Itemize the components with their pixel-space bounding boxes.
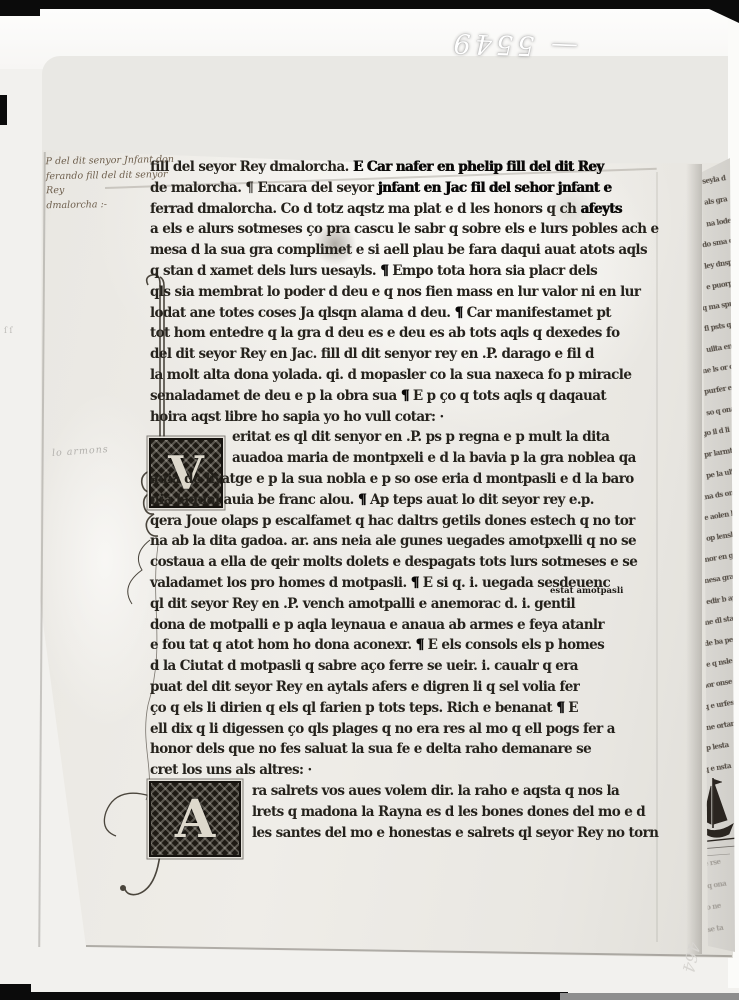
- manuscript-text-line: honor dels que no fes saluat la sua fe e…: [150, 739, 682, 760]
- manuscript-text-line: del dit seyor Rey en Jac. fill dl dit se…: [150, 344, 682, 365]
- manuscript-text-line: ferrad dmalorcha. Co d totz aqstz ma pla…: [150, 199, 682, 220]
- manuscript-text-line: eritat es ql dit senyor en .P. ps p regn…: [150, 427, 682, 448]
- manuscript-text-line: ra salrets vos aues volem dir. la raho e…: [150, 781, 682, 802]
- manuscript-text-line: lrets q madona la Rayna es d les bones d…: [150, 802, 682, 823]
- manuscript-text-line: auia de liyatge e p la sua nobla e p so …: [150, 469, 682, 490]
- facing-page-text-fragment: q ona: [706, 879, 726, 891]
- facing-page-text-fragment: pr larmt: [703, 446, 733, 459]
- manuscript-text-line: na ab la dita gadoa. ar. ans neia ale gu…: [150, 531, 682, 552]
- facing-page-text-fragment: e q nsle: [705, 656, 732, 669]
- manuscript-text-line: qera Joue olaps p escalfamet q hac daltr…: [150, 511, 682, 532]
- rubric-margin-note: P del dit senyor Jnfant don ferando fill…: [46, 153, 187, 213]
- manuscript-text-line: costaua a ella de qeir molts dolets e de…: [150, 552, 682, 573]
- facing-page-text-fragment: se ta: [706, 923, 723, 934]
- photo-frame-top-bar: [0, 0, 739, 9]
- manuscript-text-block: fill del seyor Rey dmalorcha. E Car nafe…: [150, 157, 682, 843]
- archive-number-inscription: — 5549: [388, 25, 579, 63]
- manuscript-text-line: lodat ane totes coses Ja qlsqn alama d d…: [150, 303, 682, 324]
- facing-page-text-fragment: do sma d: [701, 236, 733, 250]
- facing-page-text-fragment: go il d li: [701, 425, 729, 438]
- facing-page-text-fragment: op lensl: [705, 530, 733, 543]
- facing-page-text-fragment: de ba pe: [703, 635, 733, 648]
- manuscript-text-line: la molt alta dona yolada. qi. d mopasler…: [150, 365, 682, 386]
- facing-page-text-fragment: fi psts q: [703, 320, 731, 333]
- facing-page-text-fragment: edir b ap: [705, 593, 736, 607]
- manuscript-text-line: senaladamet de deu e p la obra sua ¶ E p…: [150, 386, 682, 407]
- manuscript-text-line: ql dit seyor Rey en .P. vench amotpalli …: [150, 594, 682, 615]
- facing-page-text-fragment: ne ortar: [705, 719, 734, 732]
- photo-frame-bottom-bar: [560, 993, 739, 1000]
- photo-frame-notch: [0, 95, 7, 125]
- facing-page-text-fragment: e aolen l: [703, 509, 733, 522]
- manuscript-text-line: les santes del mo e honestas e salrets q…: [150, 823, 682, 844]
- manuscript-text-line: cret los uns als altres: ·: [150, 760, 682, 781]
- facing-page-text-fragment: q e urfes: [703, 698, 734, 712]
- manuscript-text-line: fill del seyor Rey dmalorcha. E Car nafe…: [150, 157, 682, 178]
- margin-note-line: ferando fill del dit senyor Rey: [46, 167, 186, 198]
- photo-frame-bottom-bar: [28, 992, 568, 1000]
- photo-frame-corner: [0, 984, 31, 1000]
- facing-page-text-fragment: mor en g: [701, 551, 733, 565]
- facing-page-text-fragment: seyla d: [701, 173, 726, 186]
- facing-page-text-fragment: purfer e: [703, 383, 732, 396]
- margin-note-line: dmalorcha :-: [46, 196, 186, 213]
- interlinear-note: estat amotpasli: [550, 581, 623, 602]
- manuscript-text-line: a els e alurs sotmeses ço pra cascu le s…: [150, 219, 682, 240]
- gutter-shadow: [686, 164, 702, 954]
- manuscript-text-line: dona de motpalli e p aqla leynaua e anau…: [150, 615, 682, 636]
- manuscript-text-line: q stan d xamet dels lurs uesayls. ¶ Empo…: [150, 261, 682, 282]
- manuscript-text-line: ço q els li dirien q els ql farien p tot…: [150, 698, 682, 719]
- facing-page-text-fragment: ne ls or o: [701, 362, 734, 376]
- manuscript-text-line: puat del dit seyor Rey en aytals afers e…: [150, 677, 682, 698]
- manuscript-text-line: mesa d la sua gra complimet e si aell pl…: [150, 240, 682, 261]
- facing-page-text-fragment: nesa gra: [703, 572, 734, 586]
- facing-page-text-fragment: als gra: [703, 194, 727, 207]
- facing-page-text-fragment: me dl sta: [701, 614, 734, 628]
- manuscript-text-line: hoira aqst libre ho sapia yo ho vull cot…: [150, 407, 682, 428]
- manuscript-text-line: d la Ciutat d motpasli q sabre aço ferre…: [150, 656, 682, 677]
- manuscript-text-line: e fou tat q atot hom ho dona aconexr. ¶ …: [150, 635, 682, 656]
- facing-page-text-fragment: q e nsta: [703, 761, 731, 774]
- text-lines-container: fill del seyor Rey dmalorcha. E Car nafe…: [150, 157, 682, 843]
- facing-page-text-fragment: pe la ult: [705, 467, 734, 480]
- manuscript-text-line: tot hom entedre q la gra d deu es e deu …: [150, 323, 682, 344]
- photo-frame-corner: [0, 0, 40, 16]
- manuscript-text-line: nia laqual auia be franc alou. ¶ Ap teps…: [150, 490, 682, 511]
- manuscript-text-line: ell dix q li digessen ço qls plages q no…: [150, 719, 682, 740]
- manuscript-text-line: de malorcha. ¶ Encara del seyor jnfant e…: [150, 178, 682, 199]
- manuscript-text-line: qls sia membrat lo poder d deu e q nos f…: [150, 282, 682, 303]
- mount-pencil-marks: ſ ſ: [4, 324, 12, 337]
- manuscript-photograph: V A fill del seyor Rey dmalorcha. E Car …: [0, 0, 739, 1000]
- facing-page-text-fragment: nor onse: [701, 677, 732, 691]
- manuscript-text-line: auadoa maria de montpxeli e d la bavia p…: [150, 448, 682, 469]
